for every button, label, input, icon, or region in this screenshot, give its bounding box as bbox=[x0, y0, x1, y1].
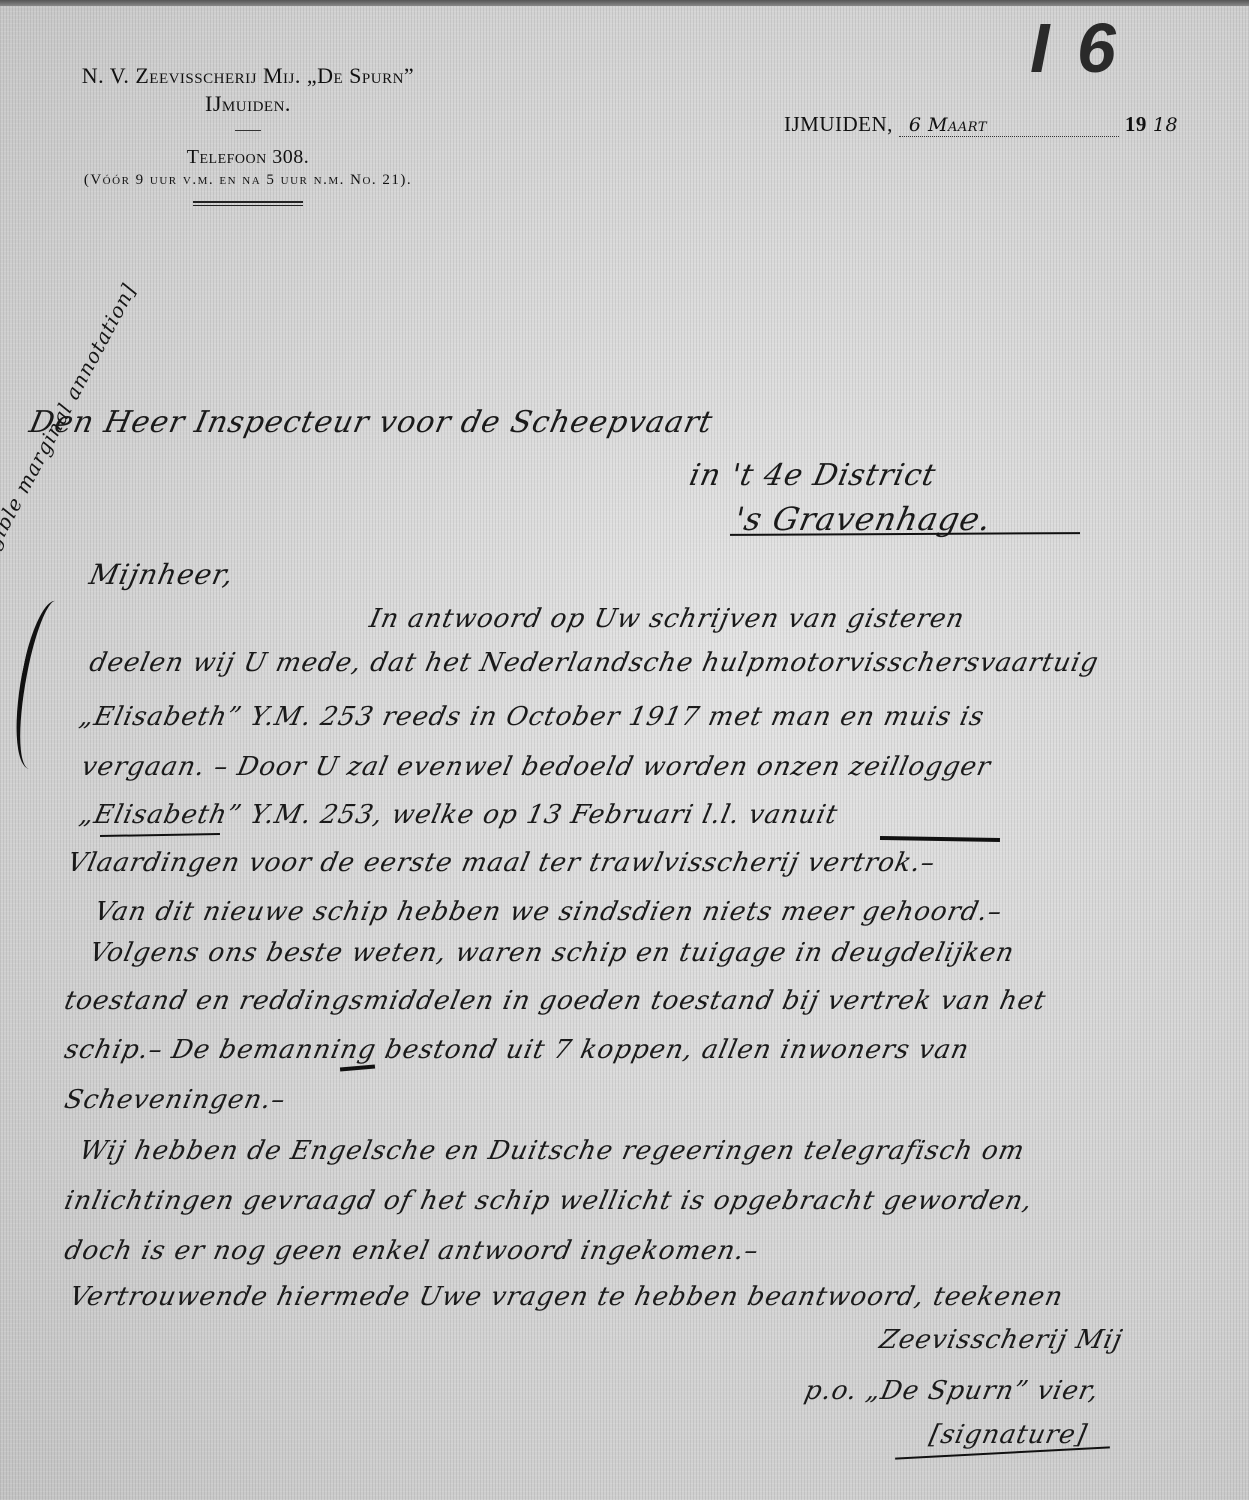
body-line: deelen wij U mede, dat het Nederlandsche… bbox=[87, 648, 1102, 678]
scan-top-edge bbox=[0, 0, 1249, 6]
closing-line-2: p.o. „De Spurn” vier, bbox=[802, 1376, 1102, 1406]
body-line: Vertrouwende hiermede Uwe vragen te hebb… bbox=[67, 1282, 1066, 1312]
body-line: Vlaardingen voor de eerste maal ter traw… bbox=[65, 848, 939, 878]
letterhead-city: IJmuiden. bbox=[18, 90, 478, 118]
body-line: „Elisabeth” Y.M. 253 reeds in October 19… bbox=[77, 702, 987, 732]
body-line: Volgens ons beste weten, waren schip en … bbox=[87, 938, 1018, 968]
letterhead-hours-note: (Vóór 9 uur v.m. en na 5 uur n.m. No. 21… bbox=[18, 169, 478, 191]
letterhead-double-rule bbox=[193, 201, 303, 206]
reference-mark: I 6 bbox=[1030, 8, 1120, 88]
dateline-year-printed: 19 bbox=[1125, 112, 1147, 137]
body-line: schip.– De bemanning bestond uit 7 koppe… bbox=[62, 1035, 972, 1065]
letterhead: N. V. Zeevisscherij Mij. „De Spurn” IJmu… bbox=[18, 62, 478, 206]
signature: [signature] bbox=[927, 1420, 1090, 1450]
letterhead-divider bbox=[235, 130, 261, 131]
dateline: IJMUIDEN, 6 Maart 1918 bbox=[784, 112, 1178, 137]
body-line: vergaan. – Door U zal evenwel bedoeld wo… bbox=[79, 752, 994, 782]
address-line-2: in 't 4e District bbox=[686, 458, 939, 493]
dateline-place: IJMUIDEN, bbox=[784, 112, 893, 137]
dateline-date: 6 Maart bbox=[899, 114, 1119, 137]
body-line: inlichtingen gevraagd of het schip welli… bbox=[62, 1186, 1036, 1216]
salutation: Mijnheer, bbox=[86, 558, 237, 591]
dateline-year-handwritten: 18 bbox=[1153, 114, 1178, 136]
letterhead-telephone: Telefoon 308. bbox=[18, 145, 478, 169]
body-line: Van dit nieuwe schip hebben we sindsdien… bbox=[92, 897, 1005, 927]
body-line: Wij hebben de Engelsche en Duitsche rege… bbox=[77, 1136, 1028, 1166]
body-line: doch is er nog geen enkel antwoord ingek… bbox=[62, 1236, 762, 1266]
letter-paper bbox=[0, 0, 1249, 1500]
body-line: Scheveningen.– bbox=[62, 1085, 289, 1115]
body-line: In antwoord op Uw schrijven van gisteren bbox=[367, 604, 968, 634]
body-line: toestand en reddingsmiddelen in goeden t… bbox=[62, 986, 1049, 1016]
letterhead-company: N. V. Zeevisscherij Mij. „De Spurn” bbox=[18, 62, 478, 90]
closing-line-1: Zeevisscherij Mij bbox=[877, 1325, 1126, 1355]
address-line-1: Den Heer Inspecteur voor de Scheepvaart bbox=[26, 405, 716, 440]
body-line: „Elisabeth” Y.M. 253, welke op 13 Februa… bbox=[77, 800, 841, 830]
